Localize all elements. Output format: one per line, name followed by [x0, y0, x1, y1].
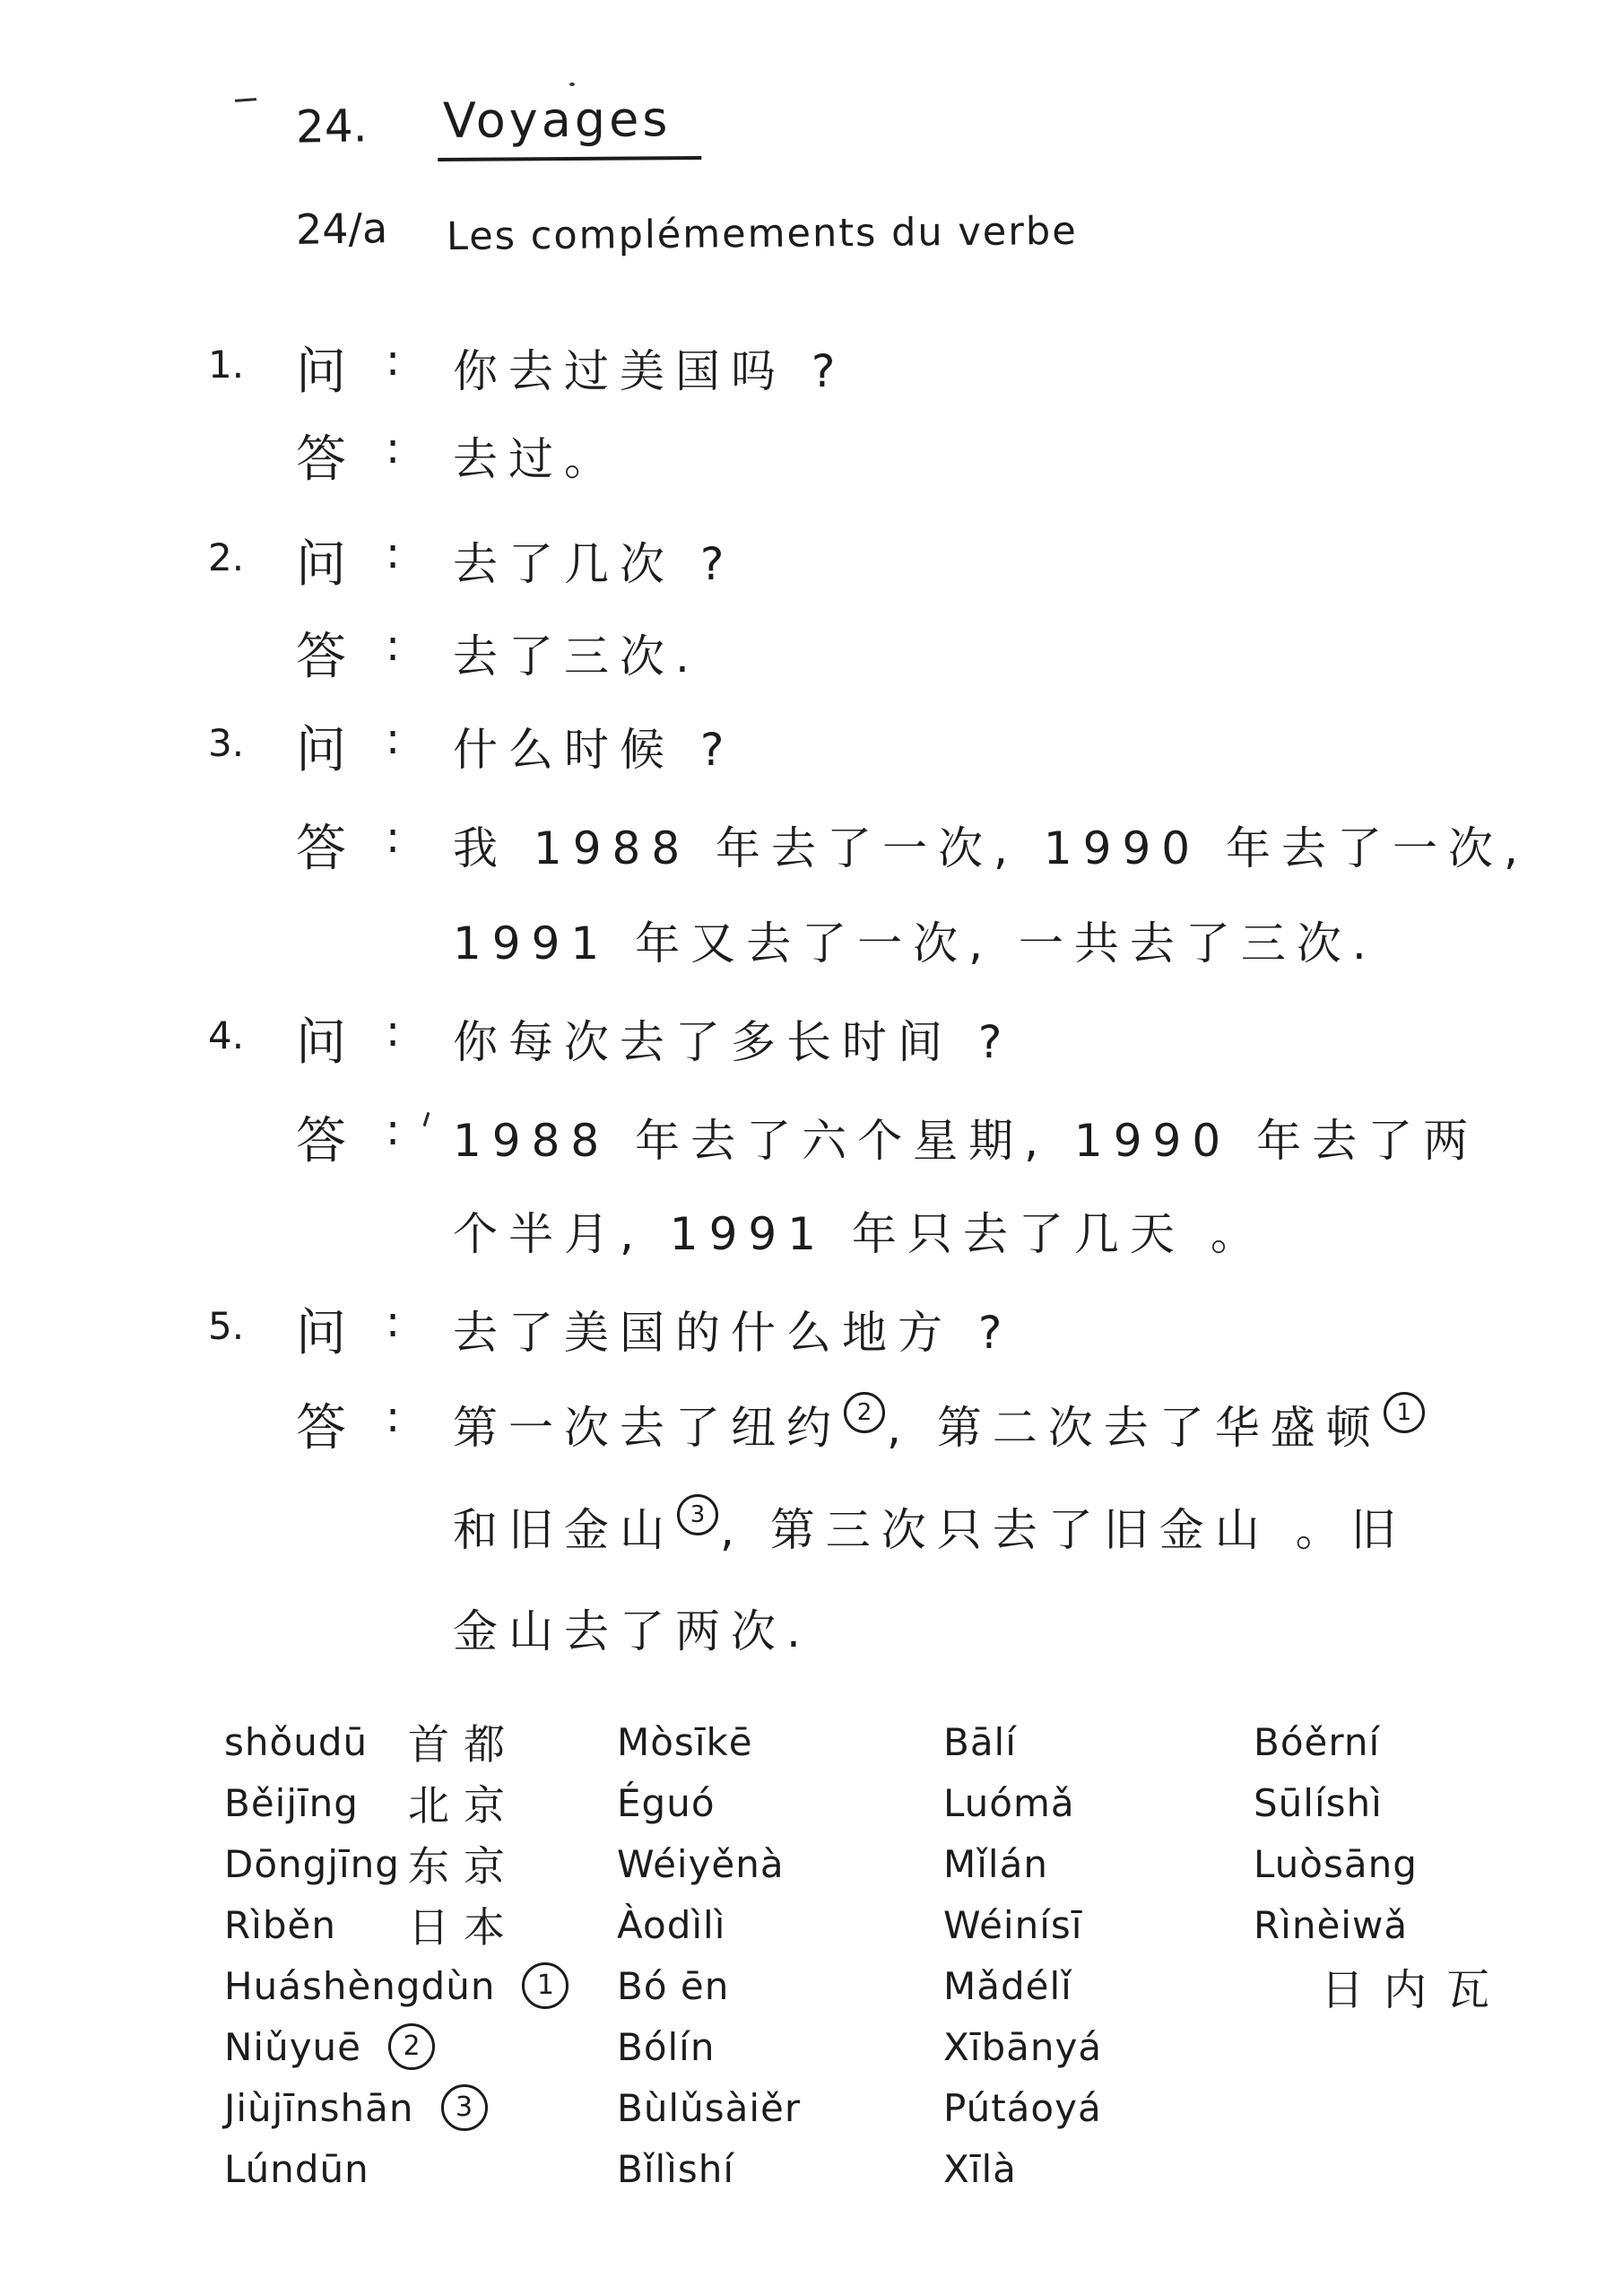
qa-continuation-line: 金山去了两次. [0, 1592, 1623, 1664]
answer-segment: , 第三次只去了旧金山 。旧 [720, 1504, 1407, 1556]
question-number: 3. [208, 721, 244, 765]
lesson-subtitle: Les complémements du verbe [447, 209, 1078, 259]
vocab-row: Niǔyuē 2 [224, 2016, 568, 2077]
vocab-row: Luòsāng [1254, 1833, 1509, 1894]
vocab-pinyin: Bùlǔsàiěr [617, 2086, 801, 2130]
qa-question-line: 4. 问 : 你每次去了多长时间 ? [0, 1003, 1623, 1074]
vocab-pinyin: Rìnèiwǎ [1254, 1903, 1408, 1947]
colon: : [386, 528, 400, 578]
vocab-row: Lúndūn [224, 2138, 568, 2199]
colon: : [386, 423, 400, 474]
vocab-pinyin: Sūlíshì [1254, 1781, 1383, 1825]
speaker-label-question: 问 [296, 525, 346, 596]
question-text: 去了美国的什么地方 ? [453, 1297, 1012, 1361]
vocab-hanzi: 日内瓦 [1321, 1955, 1509, 2017]
lesson-number: 24. [295, 100, 368, 152]
vocab-pinyin: Bóěrní [1254, 1720, 1380, 1764]
vocab-row: Bólín [617, 2016, 801, 2077]
qa-continuation-line: 和旧金山3, 第三次只去了旧金山 。旧 [0, 1491, 1623, 1562]
vocab-row: Dōngjīng 东京 [224, 1833, 568, 1894]
vocab-row: Běijīng 北京 [224, 1772, 568, 1833]
vocab-row: Rìnèiwǎ [1254, 1894, 1509, 1955]
lesson-title: Voyages [438, 91, 702, 161]
colon: : [386, 1105, 400, 1155]
speaker-label-question: 问 [296, 1003, 346, 1074]
vocab-column-4: Bóěrní Sūlíshì Luòsāng Rìnèiwǎ 日内瓦 [1254, 1711, 1509, 2016]
answer-text-continued: 1991 年又去了一次, 一共去了三次. [453, 908, 1377, 972]
circled-marker-1: 1 [522, 1962, 568, 2009]
answer-text: 第一次去了纽约2, 第二次去了华盛顿1 [453, 1392, 1427, 1457]
vocab-pinyin: Mǎdélǐ [943, 1964, 1072, 2008]
qa-answer-line: 答 : 我 1988 年去了一次, 1990 年去了一次, [0, 809, 1623, 881]
vocab-row: Àodìlì [617, 1894, 801, 1955]
question-text: 你每次去了多长时间 ? [453, 1006, 1012, 1071]
qa-continuation-line: 1991 年又去了一次, 一共去了三次. [0, 904, 1623, 976]
vocab-pinyin: Luómǎ [943, 1781, 1075, 1825]
vocab-pinyin: Mǐlán [943, 1842, 1048, 1886]
stray-mark [569, 83, 575, 86]
speaker-label-answer: 答 [296, 617, 346, 689]
colon: : [386, 1392, 400, 1442]
qa-continuation-line: 个半月, 1991 年只去了几天 。 [0, 1195, 1623, 1266]
vocab-pinyin: Huáshèngdùn [224, 1964, 495, 2008]
speaker-label-answer: 答 [296, 420, 346, 491]
vocab-pinyin: Éguó [617, 1781, 716, 1825]
colon: : [386, 813, 400, 863]
qa-answer-line: 答 : 去了三次. [0, 617, 1623, 689]
vocab-row: Huáshèngdùn 1 [224, 1955, 568, 2016]
answer-text: 去了三次. [453, 621, 700, 685]
answer-text: 我 1988 年去了一次, 1990 年去了一次, [453, 813, 1529, 877]
answer-segment: , 第二次去了华盛顿 [887, 1402, 1382, 1454]
vocab-pinyin: Luòsāng [1254, 1842, 1418, 1886]
speaker-label-question: 问 [296, 710, 346, 782]
answer-text-continued: 个半月, 1991 年只去了几天 。 [453, 1198, 1266, 1263]
lesson-sub-number: 24/a [296, 204, 388, 254]
vocab-pinyin: Bǐlìshí [617, 2147, 734, 2191]
vocab-pinyin: Jiùjīnshān [224, 2086, 414, 2130]
vocab-pinyin: Wéiyěnà [617, 1842, 785, 1886]
colon: : [386, 714, 400, 764]
circled-marker-3: 3 [441, 2084, 488, 2131]
question-text: 去了几次 ? [453, 528, 734, 593]
vocab-row: Bóěrní [1254, 1711, 1509, 1772]
scanned-worksheet-page: 24. Voyages 24/a Les complémements du ve… [0, 0, 1623, 2296]
vocab-row: Sūlíshì [1254, 1772, 1509, 1833]
answer-segment: 和旧金山 [453, 1504, 675, 1556]
circled-marker-3: 3 [677, 1494, 718, 1535]
vocab-pinyin: Xīlà [943, 2147, 1017, 2191]
vocab-row: Xīlà [943, 2138, 1102, 2199]
vocab-pinyin: Pútáoyá [943, 2086, 1102, 2130]
vocab-row: Mǎdélǐ [943, 1955, 1102, 2016]
vocab-hanzi: 日本 [408, 1895, 519, 1954]
answer-segment: 第一次去了纽约 [453, 1402, 842, 1454]
vocab-row: Bǐlìshí [617, 2138, 801, 2199]
vocab-pinyin: Mòsīkē [617, 1720, 753, 1764]
question-number: 2. [208, 535, 244, 579]
vocab-column-1: shǒudū 首都 Běijīng 北京 Dōngjīng 东京 Rìběn 日… [224, 1711, 568, 2199]
vocab-pinyin: Xībānyá [943, 2025, 1102, 2069]
circled-marker-1: 1 [1384, 1392, 1425, 1433]
speaker-label-question: 问 [296, 332, 346, 404]
qa-answer-line: 答 : 第一次去了纽约2, 第二次去了华盛顿1 [0, 1388, 1623, 1460]
vocab-pinyin: Běijīng [224, 1781, 408, 1825]
speaker-label-answer: 答 [296, 1101, 346, 1173]
vocab-row: Bùlǔsàiěr [617, 2077, 801, 2138]
vocab-pinyin: shǒudū [224, 1720, 408, 1764]
vocab-hanzi: 北京 [408, 1773, 519, 1832]
answer-text-continued: 金山去了两次. [453, 1596, 811, 1660]
vocab-row: Luómǎ [943, 1772, 1102, 1833]
circled-marker-2: 2 [844, 1392, 885, 1433]
vocab-pinyin: Wéinísī [943, 1903, 1082, 1947]
question-number: 1. [208, 343, 244, 387]
colon: : [386, 621, 400, 671]
qa-question-line: 3. 问 : 什么时候 ? [0, 710, 1623, 782]
vocab-column-2: Mòsīkē Éguó Wéiyěnà Àodìlì Bó ēn Bólín B… [617, 1711, 801, 2199]
vocab-pinyin: Bólín [617, 2025, 715, 2069]
question-number: 5. [208, 1304, 244, 1348]
stray-mark [235, 98, 256, 102]
qa-question-line: 5. 问 : 去了美国的什么地方 ? [0, 1293, 1623, 1365]
vocab-row: Wéiyěnà [617, 1833, 801, 1894]
answer-text-continued: 和旧金山3, 第三次只去了旧金山 。旧 [453, 1494, 1407, 1559]
speaker-label-answer: 答 [296, 809, 346, 881]
vocab-row: shǒudū 首都 [224, 1711, 568, 1772]
vocab-hanzi: 首都 [408, 1712, 519, 1771]
qa-answer-line: 答 : 1988 年去了六个星期, 1990 年去了两 [0, 1101, 1623, 1173]
qa-question-line: 1. 问 : 你去过美国吗 ? [0, 332, 1623, 404]
vocab-row: Pútáoyá [943, 2077, 1102, 2138]
vocab-row: 日内瓦 [1254, 1955, 1509, 2016]
vocab-hanzi: 东京 [408, 1834, 519, 1893]
speaker-label-answer: 答 [296, 1388, 346, 1460]
vocab-pinyin: Àodìlì [617, 1903, 725, 1947]
circled-marker-2: 2 [388, 2023, 435, 2070]
vocab-row: Éguó [617, 1772, 801, 1833]
answer-text: 去过。 [453, 423, 620, 488]
colon: : [386, 1006, 400, 1057]
vocab-pinyin: Bālí [943, 1720, 1017, 1764]
question-number: 4. [208, 1013, 244, 1057]
vocab-pinyin: Bó ēn [617, 1964, 729, 2008]
vocab-row: Bālí [943, 1711, 1102, 1772]
qa-answer-line: 答 : 去过。 [0, 420, 1623, 491]
vocab-row: Jiùjīnshān 3 [224, 2077, 568, 2138]
vocab-pinyin: Lúndūn [224, 2147, 369, 2191]
qa-question-line: 2. 问 : 去了几次 ? [0, 525, 1623, 596]
question-text: 什么时候 ? [453, 714, 734, 778]
vocab-row: Bó ēn [617, 1955, 801, 2016]
colon: : [386, 1297, 400, 1347]
vocab-column-3: Bālí Luómǎ Mǐlán Wéinísī Mǎdélǐ Xībānyá … [943, 1711, 1102, 2199]
vocab-pinyin: Dōngjīng [224, 1842, 408, 1886]
colon: : [386, 335, 400, 386]
vocab-pinyin: Niǔyuē [224, 2025, 361, 2069]
vocab-row: Wéinísī [943, 1894, 1102, 1955]
vocab-pinyin: Rìběn [224, 1903, 408, 1947]
vocab-row: Xībānyá [943, 2016, 1102, 2077]
vocab-row: Mòsīkē [617, 1711, 801, 1772]
speaker-label-question: 问 [296, 1293, 346, 1365]
question-text: 你去过美国吗 ? [453, 335, 846, 400]
vocab-row: Rìběn 日本 [224, 1894, 568, 1955]
answer-text: 1988 年去了六个星期, 1990 年去了两 [453, 1105, 1479, 1170]
vocab-row: Mǐlán [943, 1833, 1102, 1894]
